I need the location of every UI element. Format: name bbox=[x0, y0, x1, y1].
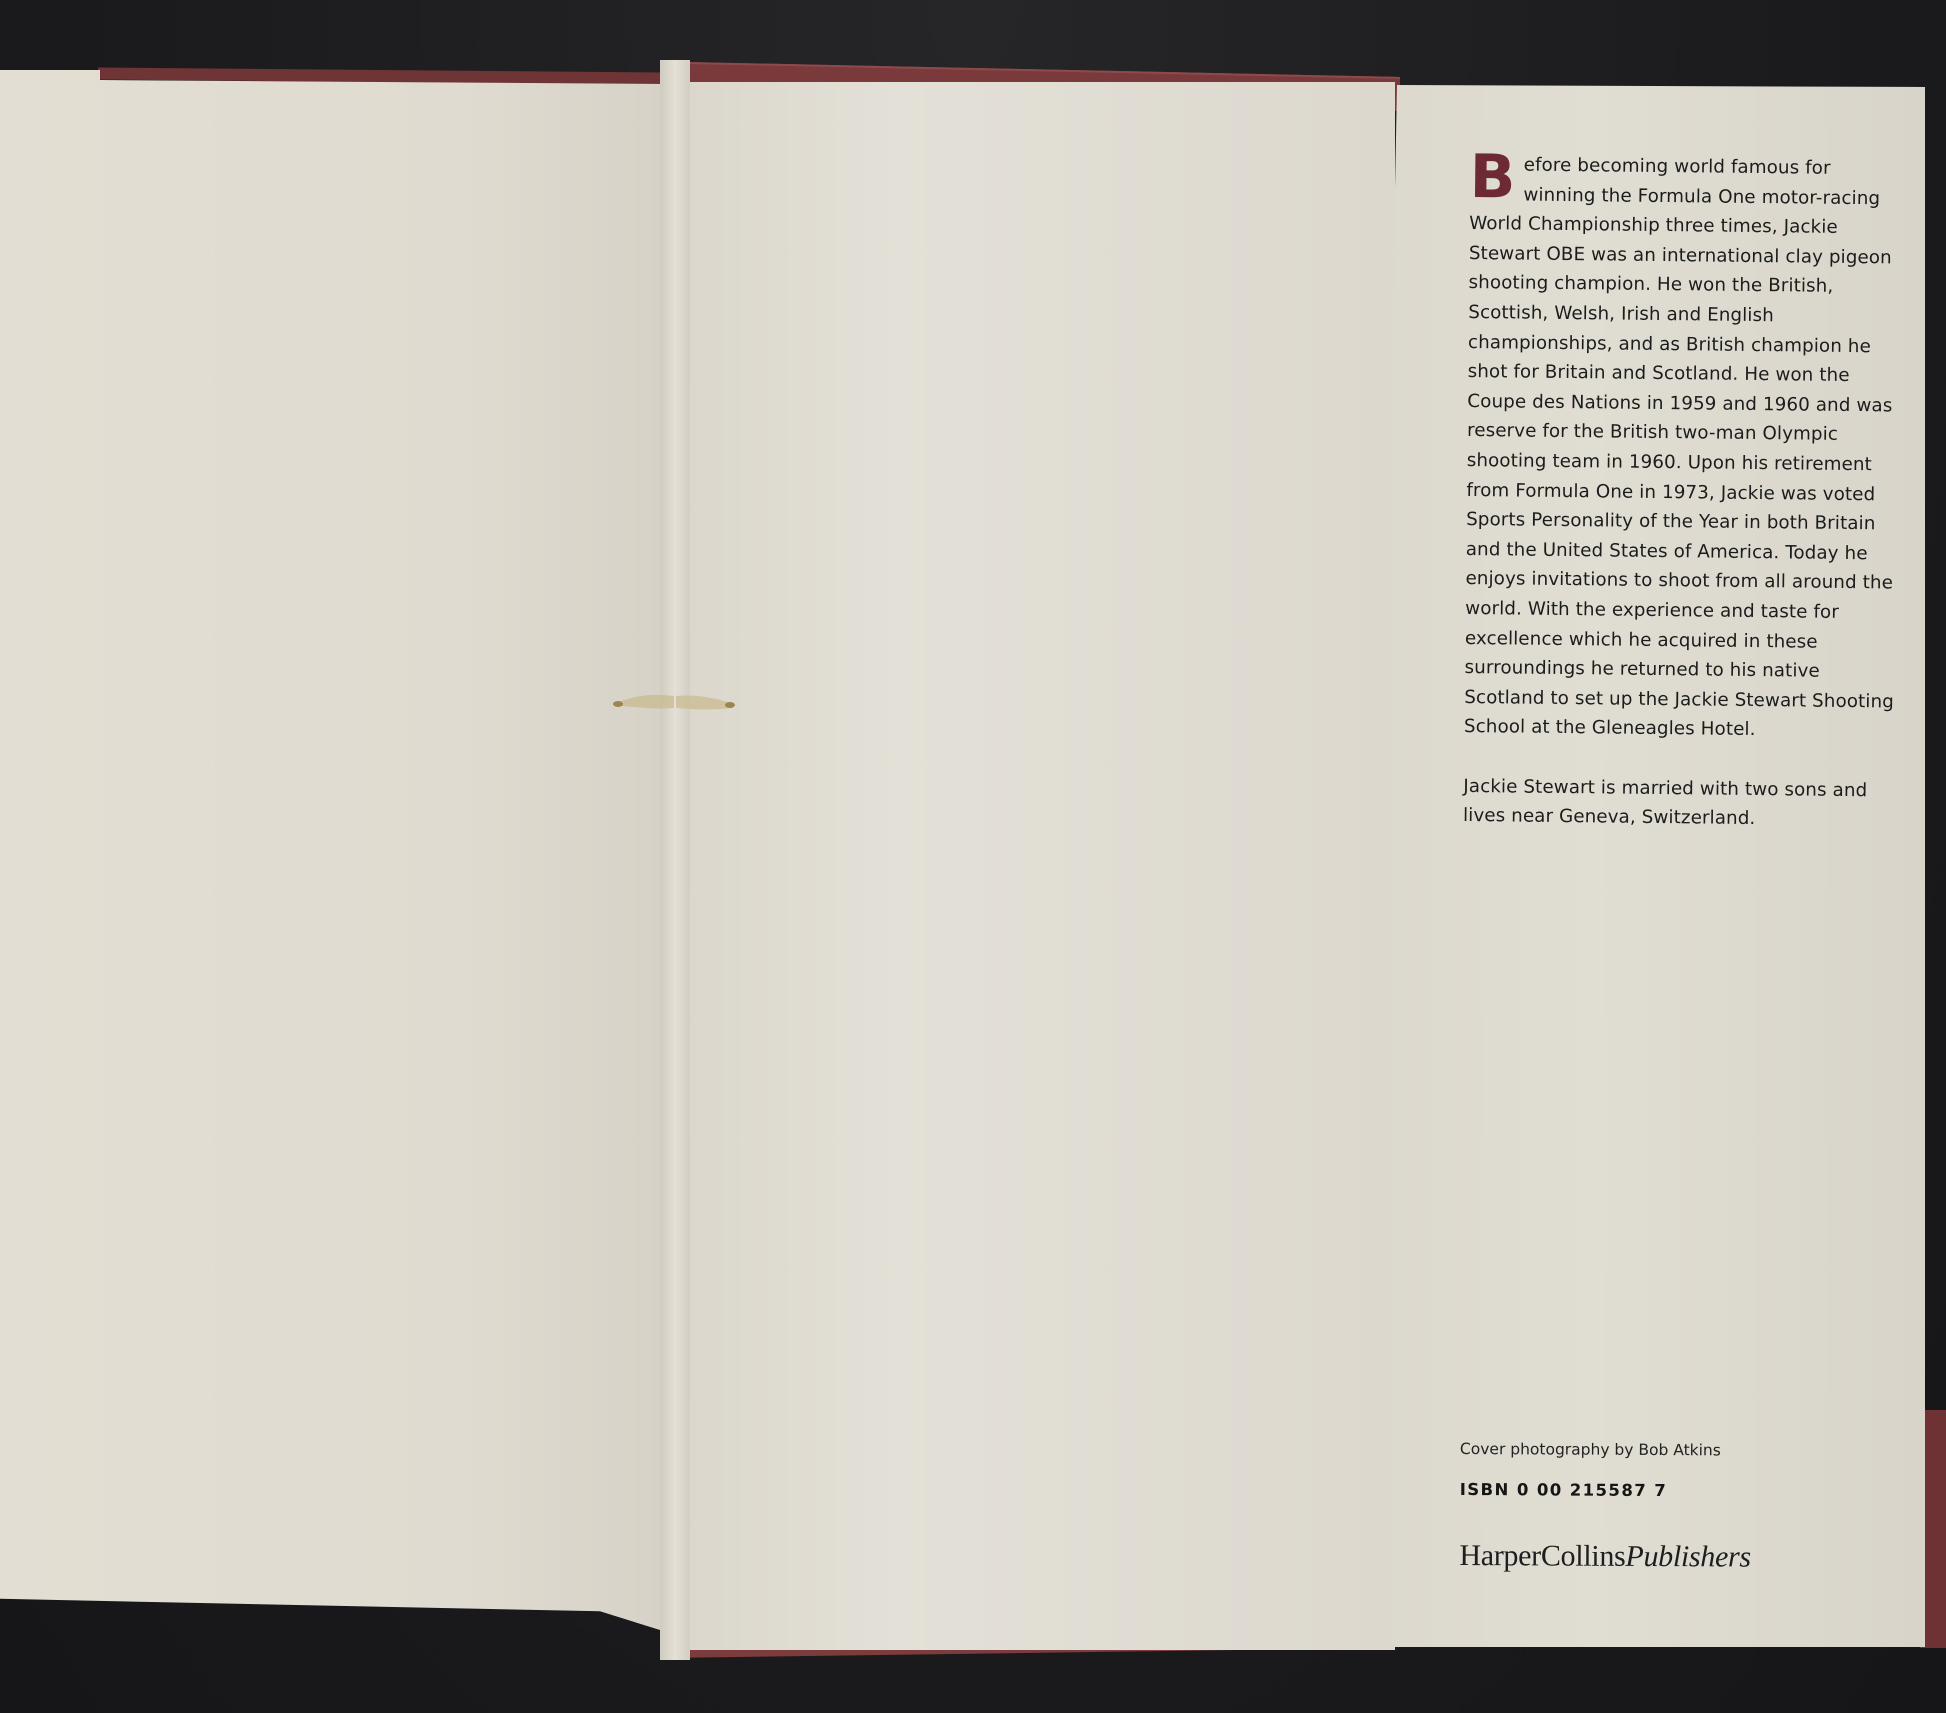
publisher-logo: HarperCollinsPublishers bbox=[1459, 1539, 1879, 1575]
biography-paragraph-2: Jackie Stewart is married with two sons … bbox=[1463, 772, 1894, 836]
isbn: ISBN 0 00 215587 7 bbox=[1460, 1480, 1880, 1501]
glue-stain-left bbox=[612, 690, 676, 716]
publisher-suffix: Publishers bbox=[1625, 1540, 1751, 1574]
publisher-name: HarperCollins bbox=[1459, 1539, 1625, 1573]
author-biography: Before becoming world famous for winning… bbox=[1463, 150, 1900, 836]
drop-cap: B bbox=[1469, 152, 1515, 202]
biography-paragraph-1: Before becoming world famous for winning… bbox=[1464, 150, 1900, 746]
credits-block: Cover photography by Bob Atkins ISBN 0 0… bbox=[1459, 1440, 1880, 1575]
photo-credit: Cover photography by Bob Atkins bbox=[1460, 1440, 1880, 1460]
pastedown-page bbox=[685, 82, 1395, 1650]
left-endpaper bbox=[0, 70, 665, 1630]
biography-text: efore becoming world famous for winning … bbox=[1464, 155, 1894, 741]
spine-gutter bbox=[660, 60, 690, 1660]
glue-stain-right bbox=[676, 690, 736, 716]
